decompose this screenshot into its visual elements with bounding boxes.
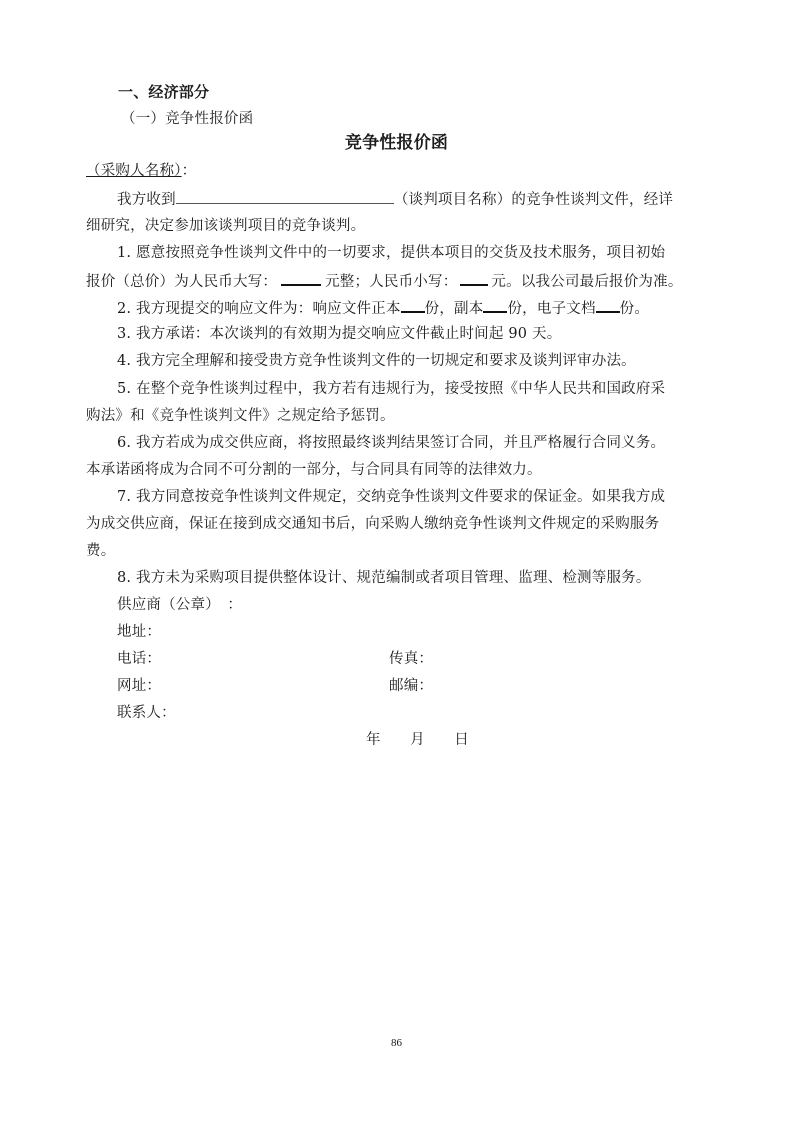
date-line: 年 月 日: [366, 730, 469, 750]
item-5-line-1: 5. 在整个竞争性谈判过程中，我方若有违规行为，接受按照《中华人民共和国政府采: [117, 379, 665, 399]
item-4: 4. 我方完全理解和接受贵方竞争性谈判文件的一切规定和要求及谈判评审办法。: [117, 351, 636, 371]
item-6-line-2: 本承诺函将成为合同不可分割的一部分，与合同具有同等的法律效力。: [86, 460, 542, 480]
letter-title: 竞争性报价函: [0, 133, 793, 153]
item-5-line-2: 购法》和《竞争性谈判文件》之规定给予惩罚。: [86, 406, 395, 426]
section-subheading: （一）竞争性报价函: [121, 109, 253, 129]
electronic-copies-blank[interactable]: [596, 297, 620, 313]
section-heading: 一、经济部分: [118, 82, 209, 102]
price-suffix: 元。以我公司最后报价为准。: [491, 274, 682, 290]
item-7-line-3: 费。: [86, 541, 115, 561]
intro-prefix: 我方收到: [117, 192, 176, 208]
item-2-suffix: 份。: [620, 301, 649, 317]
item-8: 8. 我方未为采购项目提供整体设计、规范编制或者项目管理、监理、检测等服务。: [117, 568, 651, 588]
document-page: 一、经济部分 （一）竞争性报价函 竞争性报价函 （采购人名称）： 我方收到（谈判…: [0, 0, 793, 1122]
intro-suffix: （谈判项目名称）的竞争性谈判文件，经详: [394, 192, 673, 208]
item-2-original-label: 2. 我方现提交的响应文件为：响应文件正本: [117, 301, 401, 317]
price-upper-blank[interactable]: [281, 270, 321, 286]
supplier-seal-label: 供应商（公章） ：: [117, 595, 242, 615]
addressee-colon: ：: [182, 163, 197, 179]
project-name-blank[interactable]: [176, 189, 394, 204]
item-2: 2. 我方现提交的响应文件为：响应文件正本份，副本份，电子文档份。: [117, 297, 649, 319]
item-6-line-1: 6. 我方若成为成交供应商，将按照最终谈判结果签订合同，并且严格履行合同义务。: [117, 433, 665, 453]
page-number: 86: [0, 1037, 793, 1049]
fax-label: 传真：: [389, 649, 433, 669]
item-1-line-2: 报价（总价）为人民币大写：元整；人民币小写：元。以我公司最后报价为准。: [86, 270, 683, 292]
item-7-line-1: 7. 我方同意按竞争性谈判文件规定，交纳竞争性谈判文件要求的保证金。如果我方成: [117, 487, 665, 507]
intro-line-2: 细研究，决定参加该谈判项目的竞争谈判。: [86, 216, 365, 236]
item-7-line-2: 为成交供应商，保证在接到成交通知书后，向采购人缴纳竞争性谈判文件规定的采购服务: [86, 514, 659, 534]
addressee: （采购人名称）: [86, 163, 182, 179]
address-label: 地址：: [117, 622, 161, 642]
item-2-copy-label: 份，副本: [425, 301, 484, 317]
item-2-electronic-label: 份，电子文档: [507, 301, 595, 317]
item-3: 3. 我方承诺：本次谈判的有效期为提交响应文件截止时间起 90 天。: [117, 324, 561, 344]
price-label-upper: 报价（总价）为人民币大写：: [86, 274, 277, 290]
price-lower-blank[interactable]: [460, 270, 488, 286]
duplicate-copies-blank[interactable]: [483, 297, 507, 313]
original-copies-blank[interactable]: [401, 297, 425, 313]
contact-label: 联系人：: [117, 703, 176, 723]
intro-line-1: 我方收到（谈判项目名称）的竞争性谈判文件，经详: [117, 189, 673, 210]
item-1-line-1: 1. 愿意按照竞争性谈判文件中的一切要求，提供本项目的交货及技术服务，项目初始: [117, 243, 665, 263]
price-label-lower: 元整；人民币小写：: [325, 274, 457, 290]
addressee-line: （采购人名称）：: [86, 161, 196, 181]
website-label: 网址：: [117, 676, 161, 696]
postcode-label: 邮编：: [389, 676, 433, 696]
phone-label: 电话：: [117, 649, 161, 669]
